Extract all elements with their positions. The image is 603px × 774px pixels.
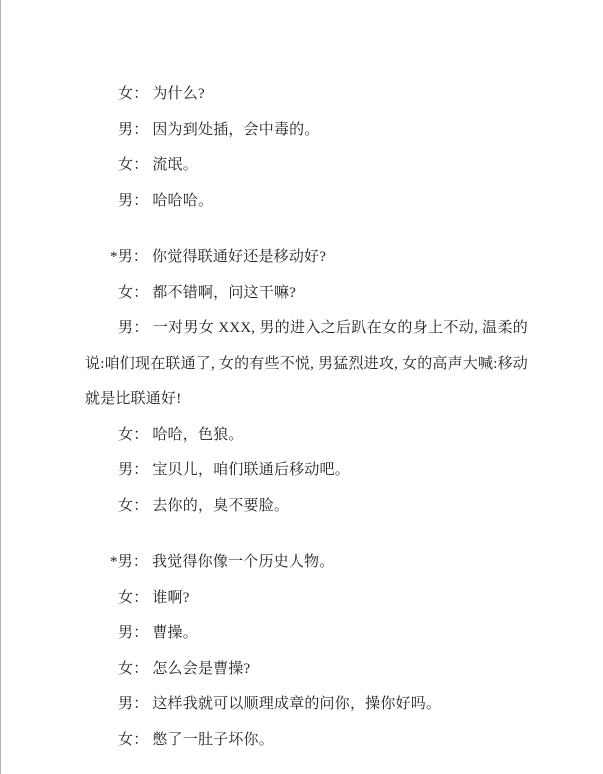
dialogue-line: 女： 流氓。 (85, 148, 528, 184)
dialogue-line: 女： 为什么? (85, 77, 528, 113)
dialogue-line: 女： 哈哈，色狼。 (85, 418, 528, 454)
document-body: 女： 为什么?男： 因为到处插，会中毒的。女： 流氓。男： 哈哈哈。*男： 你觉… (85, 77, 528, 758)
dialogue-line: 女： 去你的，臭不要脸。 (85, 489, 528, 525)
dialogue-line-section-start: *男： 我觉得你像一个历史人物。 (85, 545, 528, 581)
dialogue-line: 女： 都不错啊，问这干嘛? (85, 276, 528, 312)
dialogue-line: 女： 怎么会是曹操? (85, 652, 528, 688)
dialogue-line: 男： 曹操。 (85, 616, 528, 652)
dialogue-line: 女： 谁啊? (85, 581, 528, 617)
document-page: 女： 为什么?男： 因为到处插，会中毒的。女： 流氓。男： 哈哈哈。*男： 你觉… (0, 0, 603, 774)
dialogue-line: 男： 一对男女 XXX, 男的进入之后趴在女的身上不动, 温柔的说:咱们现在联通… (85, 311, 528, 418)
dialogue-line: 男： 哈哈哈。 (85, 184, 528, 220)
dialogue-line: 男： 宝贝儿，咱们联通后移动吧。 (85, 453, 528, 489)
dialogue-line: 男： 这样我就可以顺理成章的问你，操你好吗。 (85, 687, 528, 723)
dialogue-line: 男： 因为到处插，会中毒的。 (85, 113, 528, 149)
dialogue-line: 女： 憋了一肚子坏你。 (85, 723, 528, 759)
dialogue-line-section-start: *男： 你觉得联通好还是移动好? (85, 240, 528, 276)
